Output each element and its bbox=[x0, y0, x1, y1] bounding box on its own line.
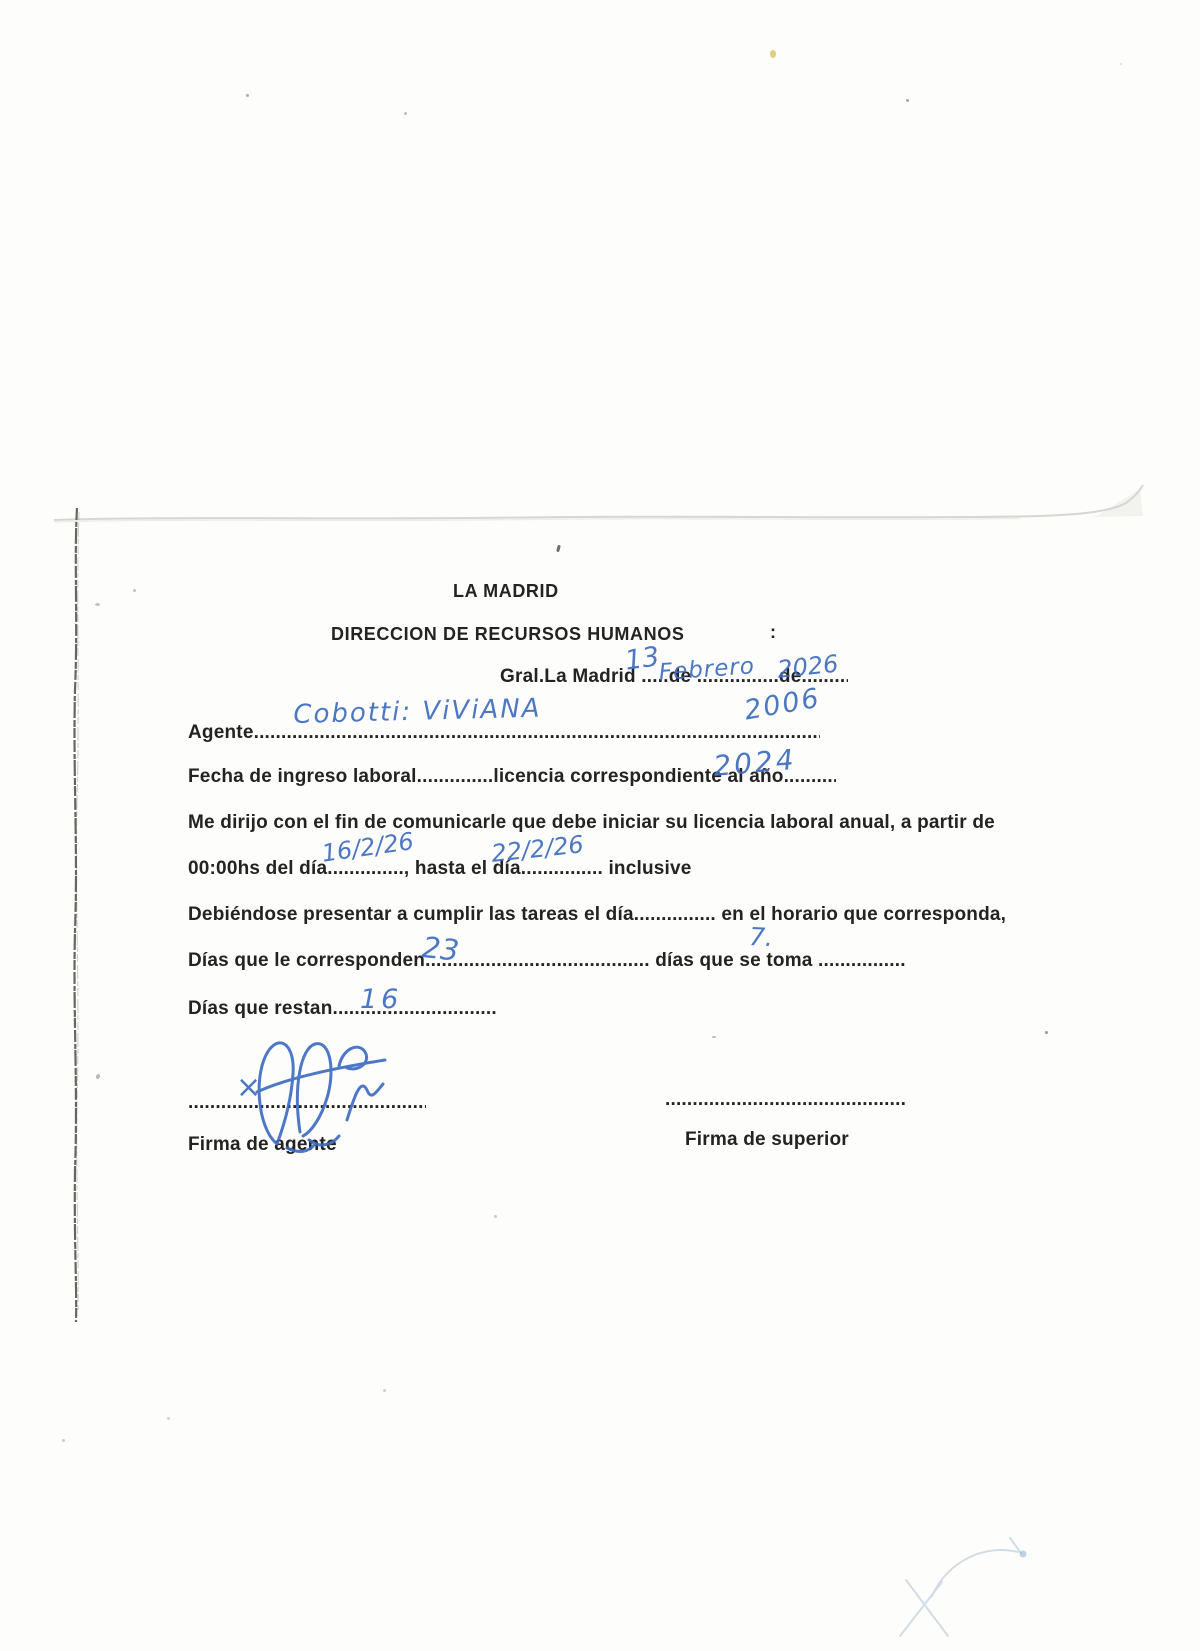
dust-speck bbox=[712, 1036, 716, 1038]
firma-superior-label: Firma de superior bbox=[685, 1129, 849, 1151]
document-subtitle: DIRECCION DE RECURSOS HUMANOS bbox=[331, 624, 684, 645]
dust-speck bbox=[167, 1417, 170, 1420]
ghost-ink-marks bbox=[890, 1518, 1100, 1648]
dias-corresponden-line: Días que le corresponden................… bbox=[188, 950, 906, 972]
dust-speck bbox=[95, 603, 100, 606]
dust-speck bbox=[906, 99, 909, 102]
dias-restan-line: Días que restan.........................… bbox=[188, 998, 498, 1020]
dust-speck bbox=[494, 1215, 497, 1218]
handwritten-day: 13 bbox=[623, 641, 661, 676]
apostrophe-mark bbox=[556, 545, 561, 553]
stray-colon-mark: : bbox=[770, 622, 777, 643]
dust-speck bbox=[1045, 1031, 1048, 1034]
dust-speck bbox=[383, 1389, 386, 1392]
handwritten-dias-corresponden: 23 bbox=[420, 930, 460, 968]
handwritten-dias-restan: 16 bbox=[360, 984, 402, 1015]
dust-speck bbox=[404, 112, 407, 115]
dust-speck bbox=[62, 1439, 65, 1442]
dust-speck bbox=[133, 589, 136, 592]
agente-line: Agente..................................… bbox=[188, 722, 820, 744]
agent-signature-scribble bbox=[243, 1032, 408, 1150]
handwritten-dias-toma: 7. bbox=[748, 922, 773, 952]
document-title: LA MADRID bbox=[453, 581, 559, 602]
body-line-3: Debiéndose presentar a cumplir las tarea… bbox=[188, 904, 1006, 926]
dust-speck bbox=[246, 94, 249, 97]
yellow-speck bbox=[770, 50, 776, 58]
handwritten-leg-number: 2006 bbox=[742, 683, 823, 727]
scanned-document: LA MADRID DIRECCION DE RECURSOS HUMANOS … bbox=[0, 0, 1200, 1651]
body-line-1: Me dirijo con el fin de comunicarle que … bbox=[188, 812, 995, 834]
dust-speck bbox=[95, 1073, 100, 1079]
signature-rule-superior: ........................................… bbox=[665, 1089, 905, 1111]
dust-speck bbox=[1120, 63, 1122, 65]
body-line-2: 00:00hs del día.............., hasta el … bbox=[188, 858, 692, 880]
